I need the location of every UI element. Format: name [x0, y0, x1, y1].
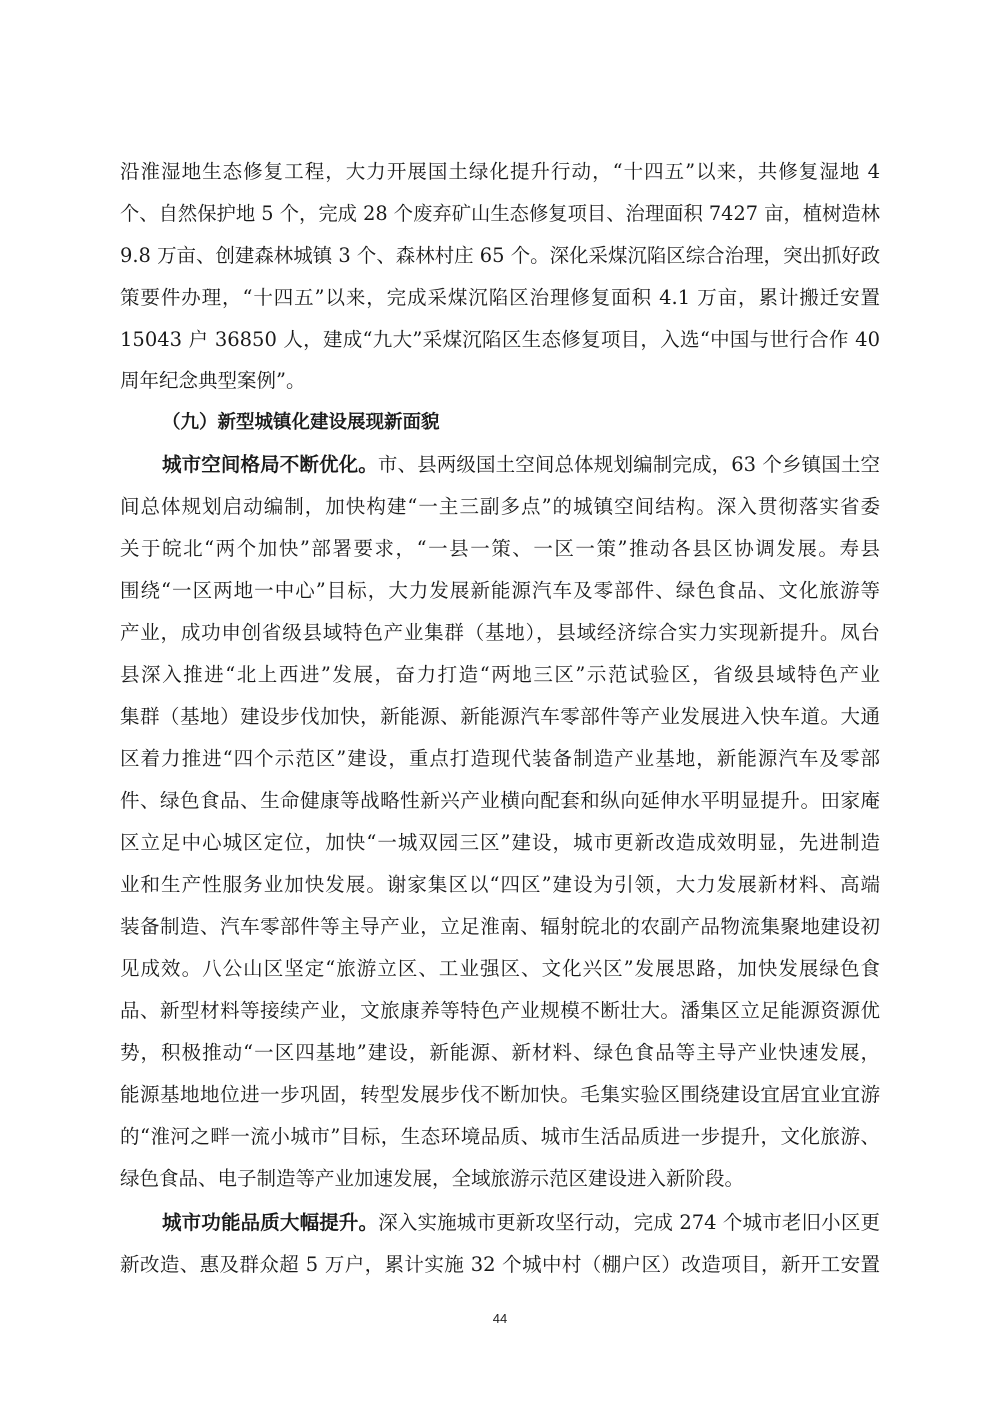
paragraph-line: 周年纪念典型案例”。	[120, 366, 880, 396]
paragraph-line: 绿色食品、电子制造等产业加速发展，全域旅游示范区建设进入新阶段。	[120, 1164, 880, 1194]
paragraph-line: 区着力推进“四个示范区”建设，重点打造现代装备制造产业基地，新能源汽车及零部	[120, 744, 880, 774]
paragraph-line: 县深入推进“北上西进”发展，奋力打造“两地三区”示范试验区，省级县域特色产业	[120, 660, 880, 690]
paragraph-text: 深入实施城市更新攻坚行动，完成 274 个城市老旧小区更	[378, 1211, 880, 1234]
paragraph-line: 集群（基地）建设步伐加快，新能源、新能源汽车零部件等产业发展进入快车道。大通	[120, 702, 880, 732]
paragraph-line: 件、绿色食品、生命健康等战略性新兴产业横向配套和纵向延伸水平明显提升。田家庵	[120, 786, 880, 816]
paragraph-lead-title: 城市功能品质大幅提升。	[162, 1211, 378, 1234]
paragraph-line: 的“淮河之畔一流小城市”目标，生态环境品质、城市生活品质进一步提升，文化旅游、	[120, 1122, 880, 1152]
page-number: 44	[0, 1311, 1000, 1326]
paragraph-line: 业和生产性服务业加快发展。谢家集区以“四区”建设为引领，大力发展新材料、高端	[120, 870, 880, 900]
paragraph-line: 势，积极推动“一区四基地”建设，新能源、新材料、绿色食品等主导产业快速发展，	[120, 1038, 880, 1068]
paragraph-line: 产业，成功申创省级县域特色产业集群（基地），县域经济综合实力实现新提升。凤台	[120, 618, 880, 648]
paragraph-line: 15043 户 36850 人，建成“九大”采煤沉陷区生态修复项目，入选“中国与…	[120, 325, 880, 355]
paragraph-line: 9.8 万亩、创建森林城镇 3 个、森林村庄 65 个。深化采煤沉陷区综合治理，…	[120, 241, 880, 271]
paragraph-line: 策要件办理，“十四五”以来，完成采煤沉陷区治理修复面积 4.1 万亩，累计搬迁安…	[120, 283, 880, 313]
paragraph-line: 能源基地地位进一步巩固，转型发展步伐不断加快。毛集实验区围绕建设宜居宜业宜游	[120, 1080, 880, 1110]
paragraph-lead-title: 城市空间格局不断优化。	[162, 453, 378, 476]
paragraph-line: 间总体规划启动编制，加快构建“一主三副多点”的城镇空间结构。深入贯彻落实省委	[120, 492, 880, 522]
paragraph-line: 区立足中心城区定位，加快“一城双园三区”建设，城市更新改造成效明显，先进制造	[120, 828, 880, 858]
paragraph-first-line: 城市功能品质大幅提升。深入实施城市更新攻坚行动，完成 274 个城市老旧小区更	[162, 1208, 880, 1238]
section-heading: （九）新型城镇化建设展现新面貌	[162, 408, 880, 438]
paragraph-line: 沿淮湿地生态修复工程，大力开展国土绿化提升行动，“十四五”以来，共修复湿地 4	[120, 157, 880, 187]
paragraph-line: 围绕“一区两地一中心”目标，大力发展新能源汽车及零部件、绿色食品、文化旅游等	[120, 576, 880, 606]
document-page: 沿淮湿地生态修复工程，大力开展国土绿化提升行动，“十四五”以来，共修复湿地 4 …	[0, 0, 1000, 1415]
paragraph-line: 关于皖北“两个加快”部署要求，“一县一策、一区一策”推动各县区协调发展。寿县	[120, 534, 880, 564]
paragraph-line: 品、新型材料等接续产业，文旅康养等特色产业规模不断壮大。潘集区立足能源资源优	[120, 996, 880, 1026]
paragraph-line: 个、自然保护地 5 个，完成 28 个废弃矿山生态修复项目、治理面积 7427 …	[120, 199, 880, 229]
paragraph-line: 见成效。八公山区坚定“旅游立区、工业强区、文化兴区”发展思路，加快发展绿色食	[120, 954, 880, 984]
paragraph-first-line: 城市空间格局不断优化。市、县两级国土空间总体规划编制完成，63 个乡镇国土空	[162, 450, 880, 480]
paragraph-line: 新改造、惠及群众超 5 万户，累计实施 32 个城中村（棚户区）改造项目，新开工…	[120, 1250, 880, 1280]
paragraph-text: 市、县两级国土空间总体规划编制完成，63 个乡镇国土空	[378, 453, 880, 476]
paragraph-line: 装备制造、汽车零部件等主导产业，立足淮南、辐射皖北的农副产品物流集聚地建设初	[120, 912, 880, 942]
